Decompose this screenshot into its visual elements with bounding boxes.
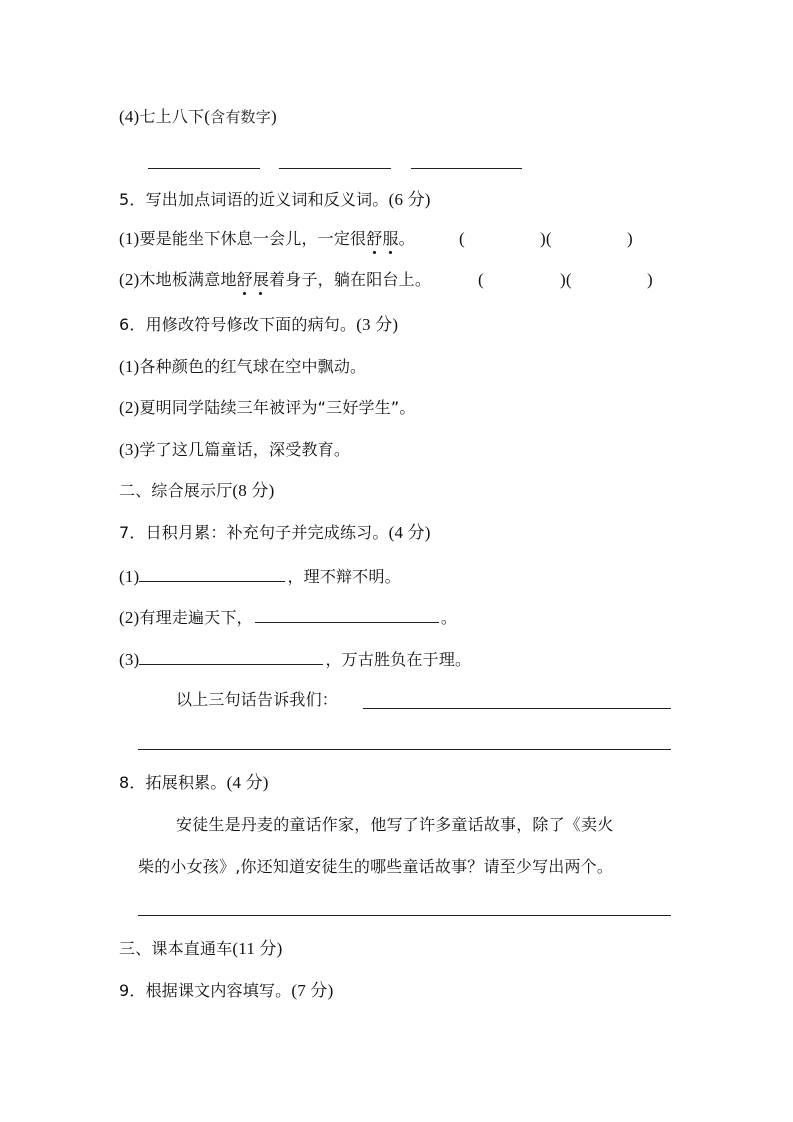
q5-item-2-antonym-field[interactable] [576,271,646,287]
item-number: (1) [119,229,139,248]
q8-paragraph-line-2: 柴的小女孩》,你还知道安徒生的哪些童话故事？请至少写出两个。 [138,857,613,877]
answer-blank-idiom-1[interactable] [148,168,260,169]
sentence-end: 。 [399,229,415,248]
score-label: (6 分) [389,190,431,209]
q5-item-1-synonym-field[interactable] [470,230,538,246]
sentence-text: 要是能坐下休息一会儿，一定很 [139,229,366,248]
q7-item-1-blank[interactable] [139,565,285,582]
q6-item-1: (1)各种颜色的红气球在空中飘动。 [119,357,366,377]
score-label: (4 分) [227,773,269,792]
sentence-text: 夏明同学陆续三年被评为“三好学生”。 [139,398,415,417]
item-number: (2) [119,398,139,417]
score-label: (7 分) [291,981,333,1000]
item-number: (1) [119,357,139,376]
q7-summary-blank-1[interactable] [363,708,671,709]
dotted-char: 服 [382,229,398,249]
answer-blank-idiom-3[interactable] [411,168,522,169]
hint-close-paren: ) [271,107,277,126]
question-text: 9．根据课文内容填写。 [119,981,291,1000]
dotted-char: 舒 [237,270,253,290]
dotted-char: 舒 [366,229,382,249]
q5-item-2-paren-close: ) [647,270,653,290]
question-8-title: 8．拓展积累。(4 分) [119,773,269,793]
question-7-title: 7．日积月累：补充句子并完成练习。(4 分) [119,523,431,543]
section-2-heading: 二、综合展示厅(8 分) [119,481,274,501]
section-title: 二、综合展示厅 [119,481,232,500]
q7-item-3: (3)，万古胜负在于理。 [119,648,471,670]
q7-summary-prompt: 以上三句话告诉我们： [176,690,338,710]
sentence-text: 各种颜色的红气球在空中飘动。 [139,357,366,376]
score-label: (8 分) [232,481,274,500]
q5-item-1-paren-open: ( [459,229,465,249]
sentence-text: 木地板满意地 [139,270,236,289]
q5-item-1: (1)要是能坐下休息一会儿，一定很舒服。 [119,229,415,249]
q7-item-2: (2)有理走遍天下，。 [119,606,457,628]
item-number: (3) [119,650,139,669]
sentence-text: 有理走遍天下， [139,608,252,627]
q4-item: (4)七上八下(含有数字) [119,107,277,127]
q8-paragraph-line-1: 安徒生是丹麦的童话作家，他写了许多童话故事，除了《卖火 [176,815,613,835]
question-text: 7．日积月累：补充句子并完成练习。 [119,523,389,542]
idiom-text: 七上八下 [139,107,204,126]
question-text: 5．写出加点词语的近义词和反义词。 [119,190,389,209]
section-title: 三、课本直通车 [119,939,232,958]
q5-item-1-antonym-field[interactable] [556,230,626,246]
q6-item-3: (3)学了这几篇童话，深受教育。 [119,440,350,460]
score-label: (3 分) [356,315,398,334]
hint-text: 含有数字 [210,108,271,126]
item-number: (2) [119,270,139,289]
sentence-text: 学了这几篇童话，深受教育。 [139,440,350,459]
answer-blank-idiom-2[interactable] [279,168,391,169]
q5-item-2-synonym-field[interactable] [488,271,556,287]
q5-item-1-paren-mid: )( [540,229,552,249]
q6-item-2: (2)夏明同学陆续三年被评为“三好学生”。 [119,398,416,418]
score-label: (4 分) [389,523,431,542]
q5-item-1-paren-close: ) [627,229,633,249]
q7-item-2-blank[interactable] [255,606,439,623]
q7-item-3-blank[interactable] [139,648,323,665]
q5-item-2-paren-open: ( [478,270,484,290]
item-number: (4) [119,107,139,126]
q7-item-1: (1)，理不辩不明。 [119,565,401,587]
question-text: 8．拓展积累。 [119,773,227,792]
q5-item-2-paren-mid: )( [560,270,572,290]
question-9-title: 9．根据课文内容填写。(7 分) [119,981,333,1001]
question-6-title: 6．用修改符号修改下面的病句。(3 分) [119,315,398,335]
score-label: (11 分) [232,939,282,958]
section-3-heading: 三、课本直通车(11 分) [119,939,283,959]
sentence-text: ，万古胜负在于理。 [325,650,471,669]
item-number: (3) [119,440,139,459]
q7-summary-blank-2[interactable] [138,749,671,750]
q8-answer-blank[interactable] [138,915,671,916]
sentence-end: 。 [441,608,457,627]
dotted-char: 展 [253,270,269,290]
sentence-end: 着身子，躺在阳台上。 [269,270,431,289]
question-5-title: 5．写出加点词语的近义词和反义词。(6 分) [119,190,431,210]
q5-item-2: (2)木地板满意地舒展着身子，躺在阳台上。 [119,270,431,290]
question-text: 6．用修改符号修改下面的病句。 [119,315,356,334]
item-number: (1) [119,567,139,586]
item-number: (2) [119,608,139,627]
sentence-text: ，理不辩不明。 [287,567,400,586]
